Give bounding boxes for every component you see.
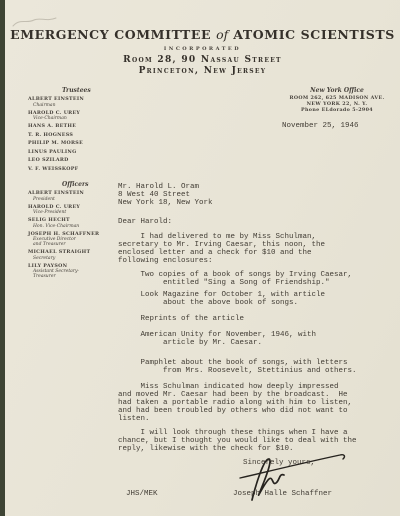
trustee-entry: V. F. WEISSKOPF xyxy=(28,167,128,173)
body-paragraph-2: Miss Schulman indicated how deeply impre… xyxy=(118,383,352,423)
officer-entry: SELIG HECHT Hon. Vice-Chairman xyxy=(28,218,128,229)
recipient-address: Mr. Harold L. Oram 8 West 40 Street New … xyxy=(118,183,213,207)
trustee-entry: T. R. HOGNESS xyxy=(28,133,128,139)
officer-role: Executive Director and Treasurer xyxy=(33,237,128,247)
trustees-label: Trustees xyxy=(62,87,128,94)
org-title-left: EMERGENCY COMMITTEE xyxy=(10,27,211,42)
trustee-role: Chairman xyxy=(33,103,128,108)
trustee-name: LINUS PAULING xyxy=(28,150,128,156)
trustee-name: T. R. HOGNESS xyxy=(28,133,128,139)
trustee-entry: LINUS PAULING xyxy=(28,150,128,156)
enclosure-item-5: Pamphlet about the book of songs, with l… xyxy=(118,359,357,375)
officer-entry: ALBERT EINSTEIN President xyxy=(28,191,128,202)
enclosure-item-1: Two copies of a book of songs by Irving … xyxy=(118,271,352,287)
ny-office-title: New York Office xyxy=(280,87,394,94)
org-address-line2: Princeton, New Jersey xyxy=(5,66,400,76)
letterhead-sidebar: Trustees ALBERT EINSTEIN Chairman HAROLD… xyxy=(28,87,128,282)
officer-role: Vice-President xyxy=(33,210,128,215)
officer-role: President xyxy=(33,197,128,202)
officer-entry: LILY PAYSON Assistant Secretary- Treasur… xyxy=(28,264,128,280)
trustee-entry: HANS A. BETHE xyxy=(28,124,128,130)
trustee-name: V. F. WEISSKOPF xyxy=(28,167,128,173)
officer-role: Hon. Vice-Chairman xyxy=(33,224,128,229)
reference-initials: JHS/MEK xyxy=(126,490,158,498)
org-title-right: ATOMIC SCIENTISTS xyxy=(233,27,395,42)
trustee-role: Vice-Chairman xyxy=(33,116,128,121)
org-title: EMERGENCY COMMITTEE of ATOMIC SCIENTISTS xyxy=(5,27,400,42)
trustee-entry: ALBERT EINSTEIN Chairman xyxy=(28,97,128,108)
org-address-line1: Room 28, 90 Nassau Street xyxy=(5,55,400,65)
typed-signature-name: Joseph Halle Schaffner xyxy=(233,490,332,498)
officer-entry: HAROLD C. UREY Vice-President xyxy=(28,205,128,216)
officer-entry: MICHAEL STRAIGHT Secretary xyxy=(28,250,128,261)
trustee-entry: PHILIP M. MORSE xyxy=(28,141,128,147)
trustee-entry: LEO SZILARD xyxy=(28,158,128,164)
officer-role: Assistant Secretary- Treasurer xyxy=(33,269,128,279)
incorporated-label: INCORPORATED xyxy=(5,46,400,52)
ny-office-line3: Phone ELdorado 5-2904 xyxy=(280,107,394,113)
enclosure-item-4: American Unity for November, 1946, with … xyxy=(118,331,316,347)
enclosure-item-3: Reprints of the article xyxy=(118,315,244,323)
enclosure-item-2: Look Magazine for October 1, with articl… xyxy=(118,291,325,307)
salutation: Dear Harold: xyxy=(118,218,172,226)
scanned-letter-page: EMERGENCY COMMITTEE of ATOMIC SCIENTISTS… xyxy=(0,0,400,516)
body-paragraph-1: I had delivered to me by Miss Schulman, … xyxy=(118,233,325,265)
officer-role: Secretary xyxy=(33,256,128,261)
trustee-name: LEO SZILARD xyxy=(28,158,128,164)
trustee-name: HANS A. BETHE xyxy=(28,124,128,130)
trustee-entry: HAROLD C. UREY Vice-Chairman xyxy=(28,111,128,122)
trustee-name: PHILIP M. MORSE xyxy=(28,141,128,147)
officer-entry: JOSEPH H. SCHAFFNER Executive Director a… xyxy=(28,232,128,248)
ny-office-block: New York Office ROOM 262, 625 MADISON AV… xyxy=(280,87,394,113)
letter-date: November 25, 1946 xyxy=(282,122,359,130)
org-title-of: of xyxy=(216,27,228,42)
